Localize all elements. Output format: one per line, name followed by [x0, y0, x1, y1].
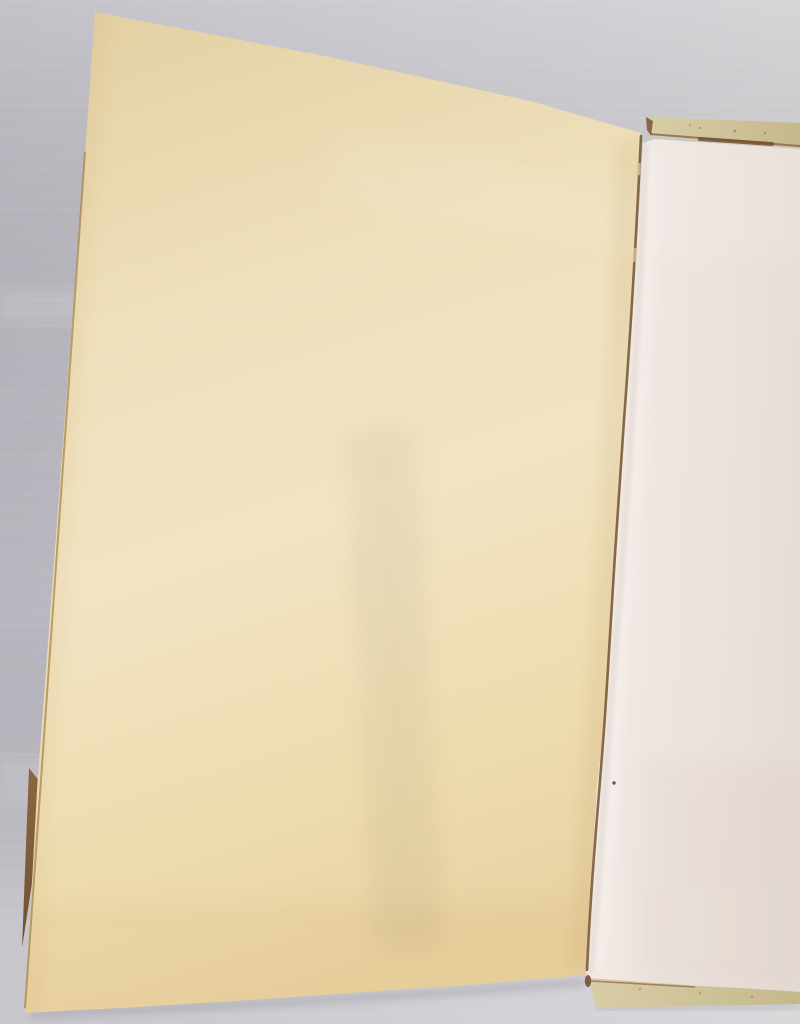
gutter-gap-highlight [633, 248, 638, 262]
photo-canvas [0, 0, 800, 1024]
gutter-gap-highlight [636, 163, 641, 175]
left-page [25, 12, 641, 1013]
gutter-bottom-knot [585, 975, 591, 987]
book-photo [0, 0, 800, 1024]
page-speck [612, 781, 615, 784]
